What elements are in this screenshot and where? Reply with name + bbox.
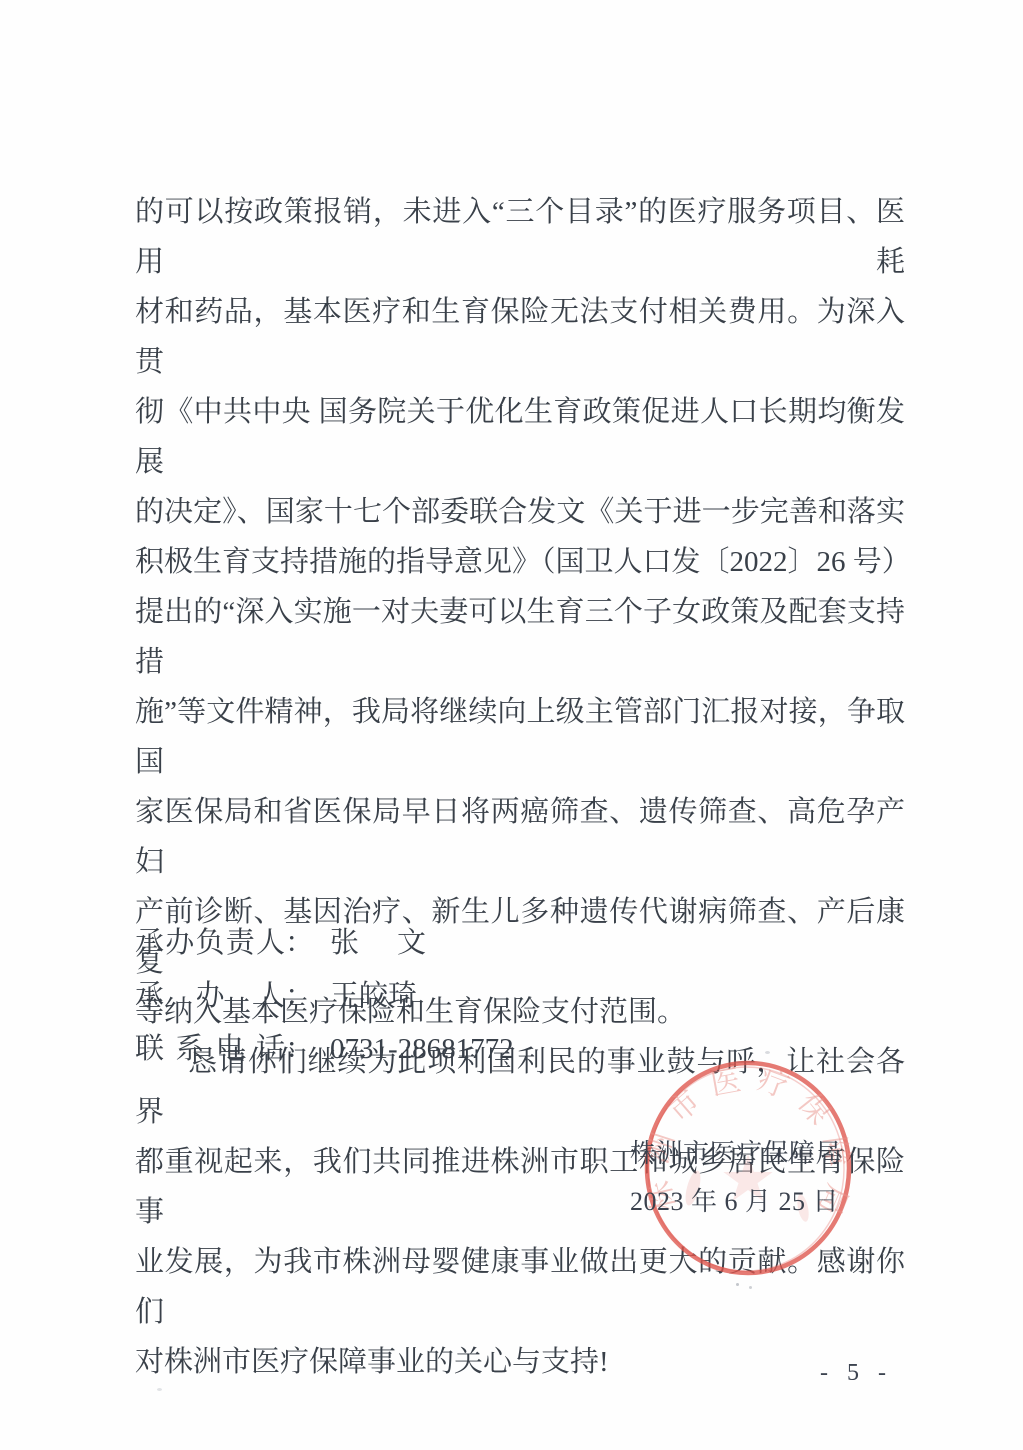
- body-line: 对株洲市医疗保障事业的关心与支持!: [135, 1337, 905, 1387]
- contact-value-undertaker-name: 王皎琦: [330, 970, 417, 1023]
- body-line: 彻《中共中央 国务院关于优化生育政策促进人口长期均衡发展: [135, 387, 905, 487]
- contact-label: 联系电话: [135, 1023, 285, 1076]
- scan-speck: [749, 1286, 752, 1289]
- contact-colon: ：: [285, 917, 314, 970]
- contact-colon: ：: [285, 970, 314, 1023]
- contact-value-phone-number: 0731-28681772: [330, 1023, 514, 1076]
- contact-colon: ：: [285, 1023, 314, 1076]
- contact-row-handler: 承办负责人：张文: [135, 917, 514, 970]
- body-line: 的可以按政策报销，未进入“三个目录”的医疗服务项目、医用耗: [135, 187, 905, 287]
- contact-row-phone: 联系电话：0731-28681772: [135, 1023, 514, 1076]
- page-number: - 5 -: [820, 1360, 889, 1387]
- contact-label: 承办负责人: [135, 917, 285, 970]
- contact-value-handler-name: 张文: [330, 917, 426, 970]
- contact-row-undertaker: 承办人：王皎琦: [135, 970, 514, 1023]
- scanned-letter-page: 的可以按政策报销，未进入“三个目录”的医疗服务项目、医用耗 材和药品，基本医疗和…: [0, 0, 1023, 1450]
- body-line: 家医保局和省医保局早日将两癌筛查、遗传筛查、高危孕产妇: [135, 787, 905, 887]
- body-line: 材和药品，基本医疗和生育保险无法支付相关费用。为深入贯: [135, 287, 905, 387]
- body-line: 提出的“深入实施一对夫妻可以生育三个子女政策及配套支持措: [135, 587, 905, 687]
- scan-speck: [765, 1051, 770, 1054]
- body-line: 的决定》、国家十七个部委联合发文《关于进一步完善和落实: [135, 487, 905, 537]
- contact-block: 承办负责人：张文 承办人：王皎琦 联系电话：0731-28681772: [135, 917, 514, 1076]
- signature-org: 株洲市医疗保障局: [630, 1130, 842, 1178]
- contact-label: 承办人: [135, 970, 285, 1023]
- body-line: 施”等文件精神，我局将继续向上级主管部门汇报对接，争取国: [135, 687, 905, 787]
- signature-block: 株洲市医疗保障局 2023 年 6 月 25 日: [630, 1130, 842, 1226]
- scan-speck: [736, 1283, 739, 1286]
- signature-date: 2023 年 6 月 25 日: [630, 1178, 842, 1226]
- scan-speck: [157, 1388, 162, 1391]
- body-line: 积极生育支持措施的指导意见》（国卫人口发〔2022〕26 号）: [135, 537, 905, 587]
